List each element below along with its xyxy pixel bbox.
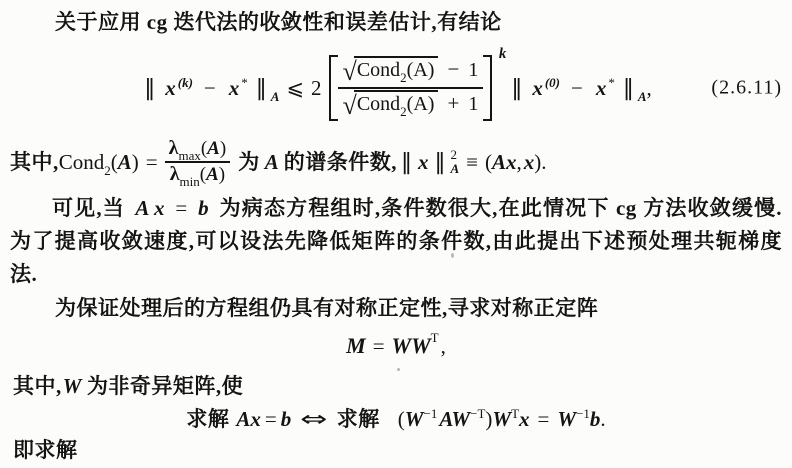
where-prefix: 其中, xyxy=(13,374,62,398)
solve-label: 求解 xyxy=(337,405,380,433)
comma: , xyxy=(647,76,652,100)
where-prefix: 其中, xyxy=(10,148,59,176)
math-token-A: A xyxy=(207,138,220,159)
fraction-numerator: √Cond2(A) − 1 xyxy=(338,55,484,87)
p2-line3: 法. xyxy=(10,262,37,286)
eq-rhs: ‖ x(0) − x* ‖A, xyxy=(507,76,651,101)
lparen: ( xyxy=(398,407,405,431)
final-text: 即求解 xyxy=(13,438,78,462)
lparen: ( xyxy=(485,150,492,174)
math-token-A: A xyxy=(236,407,250,432)
intro-text: 关于应用 cg 迭代法的收敛性和误差估计,有结论 xyxy=(55,10,502,34)
fraction: √Cond2(A) − 1 √Cond2(A) + 1 xyxy=(338,55,484,121)
cond-label: Cond xyxy=(357,59,400,81)
fraction-denominator: λmin(A) xyxy=(166,163,229,187)
paragraph-line: 为了提高收敛速度,可以设法先降低矩阵的条件数,由此提出下述预处理共轭梯度 xyxy=(10,227,782,255)
fraction-denominator: √Cond2(A) + 1 xyxy=(338,89,484,121)
inner-product: (Ax,x). xyxy=(485,150,547,175)
p2-head: 可见,当 xyxy=(52,196,125,220)
solve-label: 求解 xyxy=(186,405,229,433)
equals-op: = xyxy=(538,407,550,431)
rparen: ) xyxy=(219,164,225,185)
math-token-A: A xyxy=(118,150,132,174)
subscript-2: 2 xyxy=(104,163,111,178)
p2-tail: 为病态方程组时,条件数很大,在此情况下 cg 方法收敛缓慢. xyxy=(220,196,782,220)
cond-wei: 为 xyxy=(238,148,260,176)
math-token-x: x xyxy=(229,76,240,100)
math-token-W: W xyxy=(557,407,576,431)
subscript-2: 2 xyxy=(400,104,407,119)
lambda-fraction: λmax(A) λmin(A) xyxy=(165,137,231,187)
math-token-W: W xyxy=(63,374,82,398)
cond-label: Cond xyxy=(357,93,400,115)
superscript-T: T xyxy=(431,330,439,346)
preconditioned-system: (W−1AW−T)WTx = W−1b. xyxy=(398,407,606,432)
period: . xyxy=(541,150,546,174)
radical: √Cond2(A) xyxy=(343,90,439,119)
superscript-star: * xyxy=(241,75,248,90)
math-token-x: x xyxy=(250,407,261,432)
math-token-b: b xyxy=(198,196,209,220)
rparen: ) xyxy=(132,150,139,174)
math-token-WW: WW xyxy=(392,333,431,359)
plus-op: + xyxy=(447,91,459,115)
superscript-2: 2 xyxy=(450,148,457,162)
superscript-star: * xyxy=(608,75,615,90)
math-token-W: W xyxy=(492,407,511,431)
equals-op: = xyxy=(175,196,187,220)
rparen: ) xyxy=(220,138,226,159)
cond-definition-line: 其中, Cond2(A) = λmax(A) λmin(A) 为 A 的谱条件数… xyxy=(10,131,546,193)
one: 1 xyxy=(468,59,478,81)
lparen: ( xyxy=(111,150,118,174)
equals-op: = xyxy=(265,407,277,432)
equals-op: = xyxy=(373,334,385,359)
textbook-page: 关于应用 cg 迭代法的收敛性和误差估计,有结论 ‖ x(k) − x* ‖A … xyxy=(0,0,792,468)
minus-op: − xyxy=(204,76,216,100)
radical: √Cond2(A) xyxy=(343,56,439,85)
left-bracket xyxy=(329,55,338,121)
math-token-A: A xyxy=(206,164,219,185)
cond-symbol: Cond2(A) xyxy=(59,150,139,175)
paragraph-line: 法. xyxy=(10,260,37,288)
superscript-T: T xyxy=(511,406,519,421)
coefficient-2: 2 xyxy=(311,76,322,101)
comma: , xyxy=(441,334,446,359)
math-token-A: A xyxy=(413,59,427,81)
math-token-x: x xyxy=(165,76,176,100)
minus-op: − xyxy=(571,76,583,100)
subscript-A: A xyxy=(638,89,647,104)
norm-open: ‖ xyxy=(511,76,522,101)
radicand: Cond2(A) xyxy=(354,90,439,116)
math-token-x: x xyxy=(519,407,530,431)
scan-speck xyxy=(397,368,400,371)
minus-op: − xyxy=(447,57,459,81)
equiv-op: ≡ xyxy=(466,150,478,175)
right-bracket xyxy=(483,55,492,121)
whereW-tail: 为非奇异矩阵,使 xyxy=(87,374,243,398)
equation-number: (2.6.11) xyxy=(711,77,782,100)
rparen: ) xyxy=(428,93,435,115)
cond-label: Cond xyxy=(59,150,105,174)
math-token-b: b xyxy=(281,407,292,432)
math-token-x: x xyxy=(154,196,165,220)
superscript-neg1: −1 xyxy=(423,406,437,421)
paragraph-line: 其中,W为非奇异矩阵,使 xyxy=(13,372,243,400)
leq-op: ⩽ xyxy=(286,76,304,101)
rparen: ) xyxy=(428,59,435,81)
intro-paragraph: 关于应用 cg 迭代法的收敛性和误差估计,有结论 xyxy=(55,8,502,36)
equation-solve: 求解 Ax = b ⇔ 求解 (W−1AW−T)WTx = W−1b. xyxy=(0,402,792,436)
math-token-A: A xyxy=(413,93,427,115)
lambda: λ xyxy=(169,137,179,159)
cond-tail: 的谱条件数, xyxy=(284,148,397,176)
eq-lhs: ‖ x(k) − x* ‖A xyxy=(140,76,279,101)
math-token-x: x xyxy=(596,76,607,100)
norm-close: ‖ xyxy=(623,76,634,101)
superscript-negT: −T xyxy=(470,406,485,421)
math-token-A: A xyxy=(265,150,279,175)
subscript-max: max xyxy=(178,148,200,163)
one: 1 xyxy=(468,93,478,115)
equals-op: = xyxy=(146,150,158,175)
subscript-A: A xyxy=(271,89,280,104)
math-token-A: A xyxy=(492,150,506,174)
math-token-x: x xyxy=(532,76,543,100)
math-token-W: W xyxy=(405,407,424,431)
superscript-0: (0) xyxy=(545,75,560,90)
iff-arrow: ⇔ xyxy=(300,407,327,431)
subscript-min: min xyxy=(180,174,200,189)
paragraph-line: 为保证处理后的方程组仍具有对称正定性,寻求对称正定阵 xyxy=(55,294,598,322)
subscript-A: A xyxy=(450,162,459,176)
lambda: λ xyxy=(170,163,180,185)
subscript-2: 2 xyxy=(400,70,407,85)
radicand: Cond2(A) xyxy=(354,56,439,82)
scan-speck xyxy=(451,253,454,258)
math-token-x: x xyxy=(418,150,429,175)
math-token-b: b xyxy=(590,407,601,431)
superscript-k: (k) xyxy=(178,75,193,90)
paragraph-line: 可见,当 Ax = b 为病态方程组时,条件数很大,在此情况下 cg 方法收敛缓… xyxy=(52,194,782,222)
superscript-neg1: −1 xyxy=(576,406,590,421)
fraction-numerator: λmax(A) xyxy=(165,137,231,161)
math-token-x: x xyxy=(506,150,517,174)
equation-2-6-11: ‖ x(k) − x* ‖A ⩽ 2 √Cond2(A) − 1 √Cond2(… xyxy=(0,42,792,134)
equation-M: M = WWT, xyxy=(0,330,792,362)
norm-open: ‖ xyxy=(144,76,155,101)
math-token-x: x xyxy=(524,150,535,174)
math-token-M: M xyxy=(346,333,366,359)
math-token-W: W xyxy=(451,407,470,431)
bracketed-fraction: √Cond2(A) − 1 √Cond2(A) + 1 k xyxy=(328,55,494,121)
norm-close: ‖ xyxy=(256,76,267,101)
math-token-A: A xyxy=(135,196,150,220)
norm-open: ‖ xyxy=(401,150,412,175)
p3-text: 为保证处理后的方程组仍具有对称正定性,寻求对称正定阵 xyxy=(55,296,598,320)
comma: , xyxy=(516,150,521,174)
stacked-sup-sub: 2A xyxy=(450,148,459,175)
paragraph-line: 即求解 xyxy=(13,436,78,464)
math-token-A: A xyxy=(439,407,451,431)
norm-close: ‖ xyxy=(434,150,445,175)
p2-line2: 为了提高收敛速度,可以设法先降低矩阵的条件数,由此提出下述预处理共轭梯度 xyxy=(10,229,782,253)
period: . xyxy=(600,407,605,431)
exponent-k: k xyxy=(499,46,507,63)
